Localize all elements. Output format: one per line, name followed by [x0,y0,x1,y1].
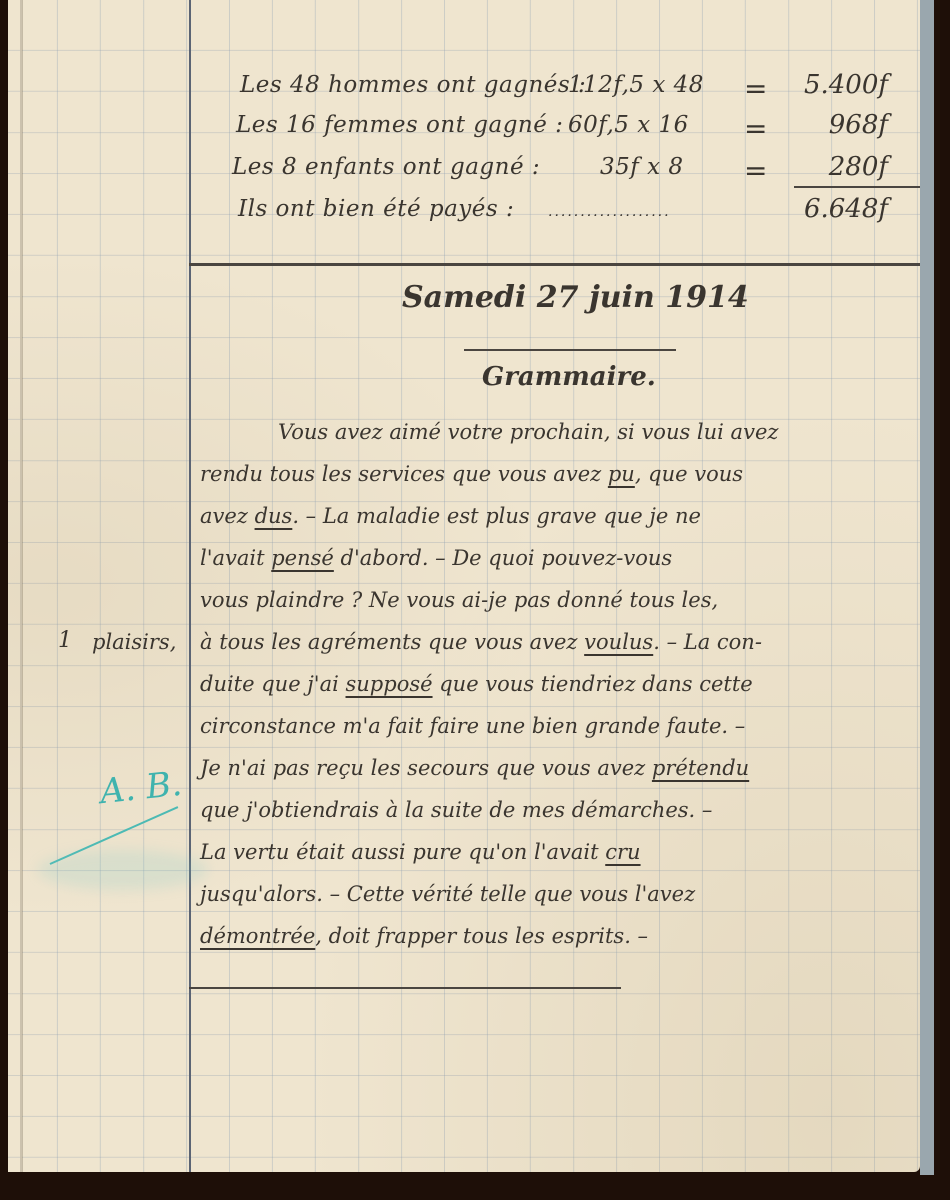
text-line-3: avez dus. – La maladie est plus grave qu… [200,504,701,528]
calc-row-3-formula: 35f x 8 [600,154,684,180]
calc-row-3-equals: = [744,154,768,187]
calc-row-3-label: Les 8 enfants ont gagné : [232,154,540,180]
underlined-word: cru [605,840,640,864]
text-line-9: Je n'ai pas reçu les secours que vous av… [200,756,749,780]
sum-rule [794,186,920,188]
calc-row-1-formula: 112f,5 x 48 [568,72,704,98]
text-line-12: jusqu'alors. – Cette vérité telle que vo… [200,882,695,906]
calc-row-2-formula: 60f,5 x 16 [568,112,689,138]
underlined-word: prétendu [652,756,749,780]
text-line-5: vous plaindre ? Ne vous ai-je pas donné … [200,588,718,612]
underlined-word: pensé [271,546,334,570]
underlined-word: pu [608,462,635,486]
margin-correction-mark: 1 [58,628,72,653]
text-line-2: rendu tous les services que vous avez pu… [200,462,743,486]
margin-rule [189,0,191,1172]
text-line-4: l'avait pensé d'abord. – De quoi pouvez-… [200,546,672,570]
calc-row-2-equals: = [744,112,768,145]
calc-row-2-result: 968f [768,110,888,140]
margin-correction-word: plaisirs, [92,630,176,654]
ink-smudge [38,850,208,890]
text-line-7: duite que j'ai supposé que vous tiendrie… [200,672,753,696]
text-line-6: à tous les agréments que vous avez voulu… [200,630,762,654]
underlined-word: supposé [346,672,433,696]
text-line-8: circonstance m'a fait faire une bien gra… [200,714,745,738]
text-line-13: démontrée, doit frapper tous les esprits… [200,924,648,948]
calc-total-label: Ils ont bien été payés : [238,196,514,222]
calc-row-2-label: Les 16 femmes ont gagné : [236,112,563,138]
calc-row-1-result: 5.400f [768,70,888,100]
heading-rule [464,349,676,351]
calc-total-dots: ................... [548,196,671,220]
calc-row-3-result: 280f [768,152,888,182]
date-heading: Samedi 27 juin 1914 [402,280,749,315]
text-line-10: que j'obtiendrais à la suite de mes déma… [200,798,712,822]
underlined-word: voulus [584,630,653,654]
teacher-initials: A. B. [98,764,184,812]
page-spine [20,0,22,1172]
underlined-word: démontrée [200,924,315,948]
section-title: Grammaire. [482,362,656,392]
calc-row-1-label: Les 48 hommes ont gagnés : [240,72,586,98]
text-line-11: La vertu était aussi pure qu'on l'avait … [200,840,641,864]
text-line-1: Vous avez aimé votre prochain, si vous l… [278,420,778,444]
end-rule [189,987,621,989]
underlined-word: dus [255,504,293,528]
calc-total-result: 6.648f [768,194,888,224]
section-divider [189,263,920,266]
notebook-page: Les 48 hommes ont gagnés : 112f,5 x 48 =… [8,0,920,1172]
notebook-backing [920,0,934,1175]
calc-row-1-equals: = [744,72,768,105]
